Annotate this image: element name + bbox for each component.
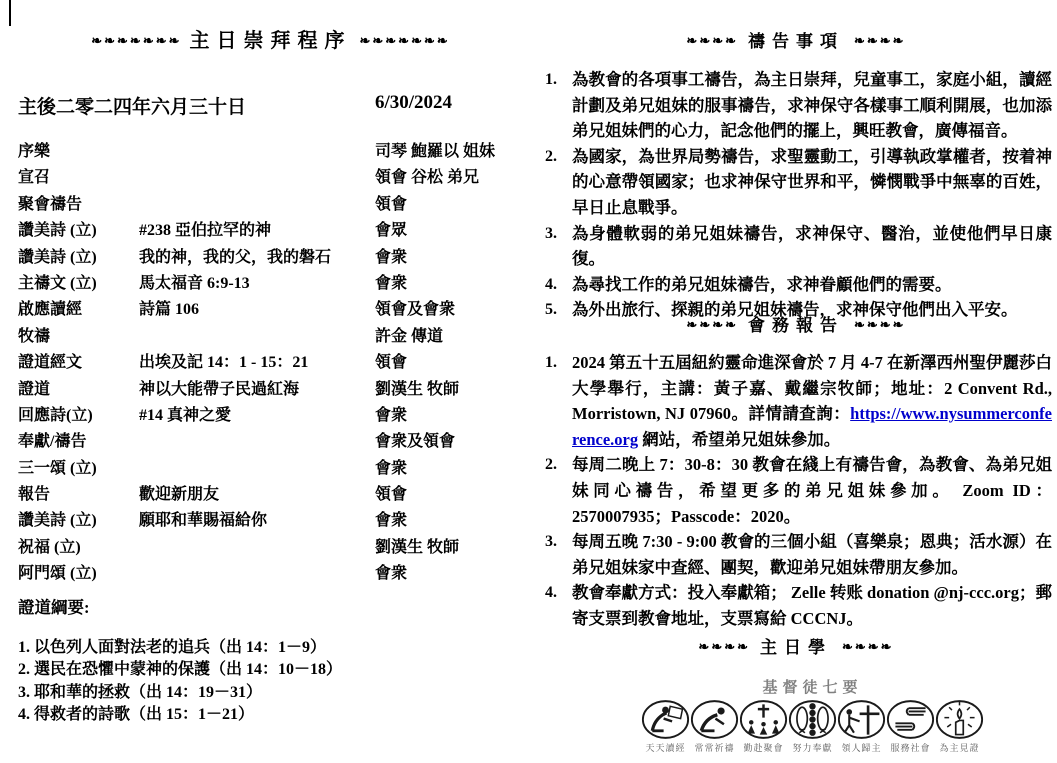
essential-label: 領人歸主 bbox=[837, 741, 886, 754]
evangelism-icon bbox=[837, 699, 886, 740]
ornament-right-icon: ❧❧❧❧ bbox=[854, 317, 906, 332]
program-who: 領會 bbox=[375, 482, 523, 508]
praying-icon bbox=[690, 699, 739, 740]
report-item: 3.每周五晚 7:30 - 9:00 教會的三個小組（喜樂泉；恩典；活水源）在弟… bbox=[545, 529, 1052, 580]
stray-cursor-mark bbox=[9, 0, 11, 26]
program-who: 許金 傳道 bbox=[375, 324, 523, 350]
program-item: 讚美詩 (立) bbox=[18, 245, 139, 271]
church-bulletin-page: { "ornaments": { "title": "❧❧❧❧❧❧❧", "se… bbox=[0, 0, 1057, 763]
item-text: 為身體軟弱的弟兄姐妹禱告，求神保守、醫治，並使他們早日康復。 bbox=[572, 221, 1052, 272]
program-who: 會衆 bbox=[375, 456, 523, 482]
item-text: 教會奉獻方式：投入奉獻箱； Zelle 转账 donation @nj-ccc.… bbox=[572, 580, 1052, 631]
program-item: 三一頌 (立) bbox=[18, 456, 139, 482]
program-who: 會衆及領會 bbox=[375, 429, 523, 455]
reading-icon bbox=[641, 699, 690, 740]
program-detail bbox=[139, 456, 375, 482]
program-detail bbox=[139, 165, 375, 191]
service-icon bbox=[886, 699, 935, 740]
program-who: 司琴 鮑羅以 姐妹 bbox=[375, 139, 523, 165]
program-detail bbox=[139, 324, 375, 350]
essential-label: 天天讀經 bbox=[641, 741, 690, 754]
program-who: 會衆 bbox=[375, 561, 523, 587]
essential-label: 為主見證 bbox=[935, 741, 984, 754]
program-item: 啟應讀經 bbox=[18, 297, 139, 323]
ornament-left-icon: ❧❧❧❧ bbox=[698, 639, 750, 654]
item-number: 4. bbox=[545, 272, 572, 298]
program-detail: 歡迎新朋友 bbox=[139, 482, 375, 508]
sermon-outline-title: 證道綱要: bbox=[18, 594, 90, 618]
report-item: 4.教會奉獻方式：投入奉獻箱； Zelle 转账 donation @nj-cc… bbox=[545, 580, 1052, 631]
ornament-right-icon: ❧❧❧❧❧❧❧ bbox=[360, 33, 450, 48]
program-detail: #14 真神之愛 bbox=[139, 403, 375, 429]
program-item: 報告 bbox=[18, 482, 139, 508]
report-item: 1. 2024 第五十五屆紐約靈命進深會於 7 月 4-7 在新澤西州聖伊麗莎白… bbox=[545, 350, 1052, 452]
program-who: 領會 bbox=[375, 192, 523, 218]
worship-order-title-row: ❧❧❧❧❧❧❧主日崇拜程序❧❧❧❧❧❧❧ bbox=[18, 24, 523, 53]
program-item: 奉獻/禱告 bbox=[18, 429, 139, 455]
essential-label: 常常祈禱 bbox=[690, 741, 739, 754]
program-who: 會衆 bbox=[375, 271, 523, 297]
outline-item: 2. 選民在恐懼中蒙神的保護（出 14：10－18） bbox=[18, 659, 523, 681]
church-report-list: 1. 2024 第五十五屆紐約靈命進深會於 7 月 4-7 在新澤西州聖伊麗莎白… bbox=[545, 350, 1052, 632]
program-detail bbox=[139, 139, 375, 165]
church-report-header-row: ❧❧❧❧會務報告❧❧❧❧ bbox=[540, 311, 1052, 336]
prayer-item: 4.為尋找工作的弟兄姐妹禱告，求神眷顧他們的需要。 bbox=[545, 272, 1052, 298]
date-chinese: 主後二零二四年六月三十日 bbox=[18, 97, 246, 118]
program-detail: 願耶和華賜福給你 bbox=[139, 508, 375, 534]
program-who: 領會 bbox=[375, 350, 523, 376]
program-item: 回應詩(立) bbox=[18, 403, 139, 429]
outline-item: 4. 得救者的詩歌（出 15：1－21） bbox=[18, 704, 523, 726]
offering-icon bbox=[788, 699, 837, 740]
item-number: 2. bbox=[545, 452, 572, 478]
ornament-right-icon: ❧❧❧❧ bbox=[854, 33, 906, 48]
program-item: 證道經文 bbox=[18, 350, 139, 376]
prayer-items-list: 1.為教會的各項事工禱告，為主日崇拜，兒童事工，家庭小組，讀經計劃及弟兄姐妹的服… bbox=[545, 67, 1052, 323]
program-detail bbox=[139, 429, 375, 455]
program-item: 聚會禱告 bbox=[18, 192, 139, 218]
worship-program-table: 序樂司琴 鮑羅以 姐妹 宣召領會 谷松 弟兄 聚會禱告領會 讚美詩 (立)#23… bbox=[18, 139, 523, 588]
prayer-item: 3.為身體軟弱的弟兄姐妹禱告，求神保守、醫治，並使他們早日康復。 bbox=[545, 221, 1052, 272]
program-item: 證道 bbox=[18, 377, 139, 403]
prayer-items-header: 禱告事項 bbox=[738, 32, 854, 51]
date-numeric: 6/30/2024 bbox=[375, 92, 452, 114]
christian-seven-essentials-figure: 基督徒七要 bbox=[640, 676, 985, 754]
witness-icon bbox=[935, 699, 984, 740]
program-who: 會衆 bbox=[375, 403, 523, 429]
program-detail bbox=[139, 192, 375, 218]
prayer-items-header-row: ❧❧❧❧禱告事項❧❧❧❧ bbox=[540, 27, 1052, 52]
item-number: 1. bbox=[545, 67, 572, 93]
program-who: 會眾 bbox=[375, 218, 523, 244]
item-text: 每周五晚 7:30 - 9:00 教會的三個小組（喜樂泉；恩典；活水源）在弟兄姐… bbox=[572, 529, 1052, 580]
essential-label: 努力奉獻 bbox=[788, 741, 837, 754]
program-who: 劉漢生 牧師 bbox=[375, 377, 523, 403]
prayer-item: 1.為教會的各項事工禱告，為主日崇拜，兒童事工，家庭小組，讀經計劃及弟兄姐妹的服… bbox=[545, 67, 1052, 144]
program-item: 讚美詩 (立) bbox=[18, 508, 139, 534]
program-item: 主禱文 (立) bbox=[18, 271, 139, 297]
program-detail: 馬太福音 6:9-13 bbox=[139, 271, 375, 297]
program-item: 阿門頌 (立) bbox=[18, 561, 139, 587]
item-number: 3. bbox=[545, 221, 572, 247]
church-report-header: 會務報告 bbox=[738, 316, 854, 335]
program-detail bbox=[139, 535, 375, 561]
program-detail: 出埃及記 14：1 - 15：21 bbox=[139, 350, 375, 376]
prayer-item: 2.為國家，為世界局勢禱告，求聖靈動工，引導執政掌權者，按着神的心意帶領國家；也… bbox=[545, 144, 1052, 221]
seven-essentials-title: 基督徒七要 bbox=[640, 676, 985, 697]
date-row: 主後二零二四年六月三十日 6/30/2024 bbox=[18, 92, 523, 116]
ornament-left-icon: ❧❧❧❧❧❧❧ bbox=[91, 33, 181, 48]
ornament-left-icon: ❧❧❧❧ bbox=[686, 317, 738, 332]
item-number: 2. bbox=[545, 144, 572, 170]
program-who: 領會及會衆 bbox=[375, 297, 523, 323]
program-detail bbox=[139, 561, 375, 587]
item-number: 3. bbox=[545, 529, 572, 555]
program-item: 祝福 (立) bbox=[18, 535, 139, 561]
item-text: 每周二晚上 7：30-8：30 教會在綫上有禱告會，為教會、為弟兄姐妹同心禱告，… bbox=[572, 452, 1052, 529]
program-detail: 神以大能帶子民過紅海 bbox=[139, 377, 375, 403]
item-number: 1. bbox=[545, 350, 572, 376]
program-who: 領會 谷松 弟兄 bbox=[375, 165, 523, 191]
sunday-school-header: 主日學 bbox=[750, 638, 842, 657]
item-text: 2024 第五十五屆紐約靈命進深會於 7 月 4-7 在新澤西州聖伊麗莎白大學舉… bbox=[572, 350, 1052, 452]
essential-label: 勤赴聚會 bbox=[739, 741, 788, 754]
seven-essentials-icons bbox=[640, 699, 985, 740]
gathering-icon bbox=[739, 699, 788, 740]
program-detail: 我的神，我的父，我的磐石 bbox=[139, 245, 375, 271]
program-detail: 詩篇 106 bbox=[139, 297, 375, 323]
essential-label: 服務社會 bbox=[886, 741, 935, 754]
program-item: 讚美詩 (立) bbox=[18, 218, 139, 244]
outline-item: 3. 耶和華的拯救（出 14：19－31） bbox=[18, 682, 523, 704]
program-item: 宣召 bbox=[18, 165, 139, 191]
report-text-after-link: 網站，希望弟兄姐妹參加。 bbox=[638, 430, 840, 449]
item-text: 為教會的各項事工禱告，為主日崇拜，兒童事工，家庭小組，讀經計劃及弟兄姐妹的服事禱… bbox=[572, 67, 1052, 144]
item-text: 為國家，為世界局勢禱告，求聖靈動工，引導執政掌權者，按着神的心意帶領國家；也求神… bbox=[572, 144, 1052, 221]
seven-essentials-labels: 天天讀經 常常祈禱 勤赴聚會 努力奉獻 領人歸主 服務社會 為主見證 bbox=[640, 741, 985, 754]
program-detail: #238 亞伯拉罕的神 bbox=[139, 218, 375, 244]
sunday-school-header-row: ❧❧❧❧主日學❧❧❧❧ bbox=[540, 633, 1052, 658]
ornament-left-icon: ❧❧❧❧ bbox=[686, 33, 738, 48]
item-text: 為尋找工作的弟兄姐妹禱告，求神眷顧他們的需要。 bbox=[572, 272, 1052, 298]
page-title: 主日崇拜程序 bbox=[182, 30, 360, 52]
program-item: 序樂 bbox=[18, 139, 139, 165]
program-who: 會衆 bbox=[375, 508, 523, 534]
ornament-right-icon: ❧❧❧❧ bbox=[842, 639, 894, 654]
sermon-outline-list: 1. 以色列人面對法老的追兵（出 14：1－9） 2. 選民在恐懼中蒙神的保護（… bbox=[18, 637, 523, 727]
program-item: 牧禱 bbox=[18, 324, 139, 350]
report-item: 2.每周二晚上 7：30-8：30 教會在綫上有禱告會，為教會、為弟兄姐妹同心禱… bbox=[545, 452, 1052, 529]
program-who: 劉漢生 牧師 bbox=[375, 535, 523, 561]
program-who: 會衆 bbox=[375, 245, 523, 271]
outline-item: 1. 以色列人面對法老的追兵（出 14：1－9） bbox=[18, 637, 523, 659]
item-number: 4. bbox=[545, 580, 572, 606]
